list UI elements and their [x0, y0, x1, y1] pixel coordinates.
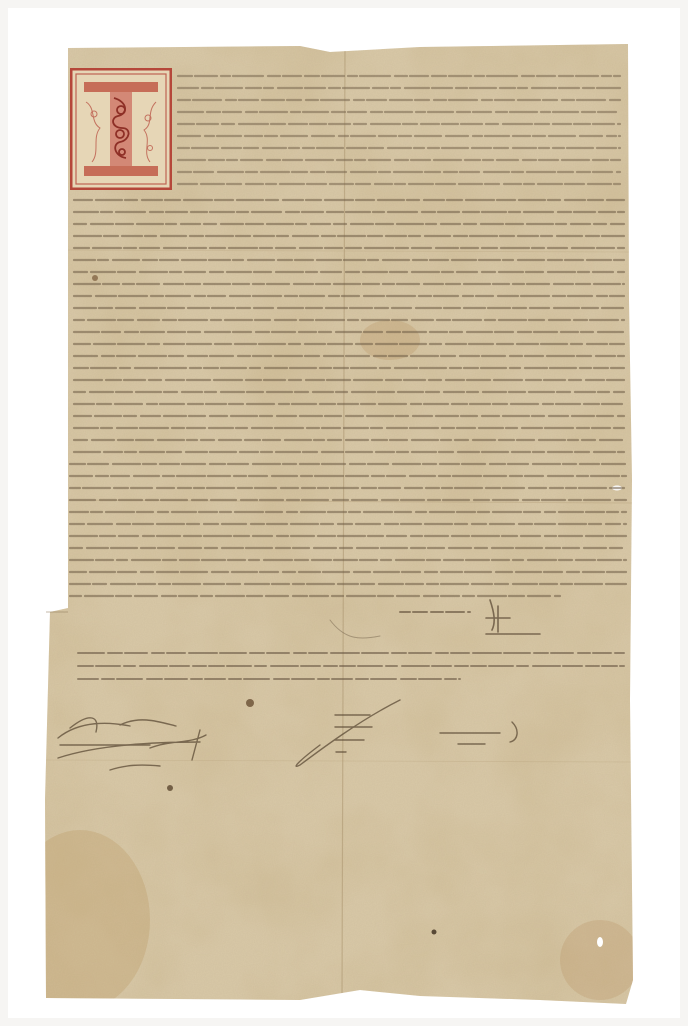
decorated-initial-letter — [70, 68, 172, 190]
